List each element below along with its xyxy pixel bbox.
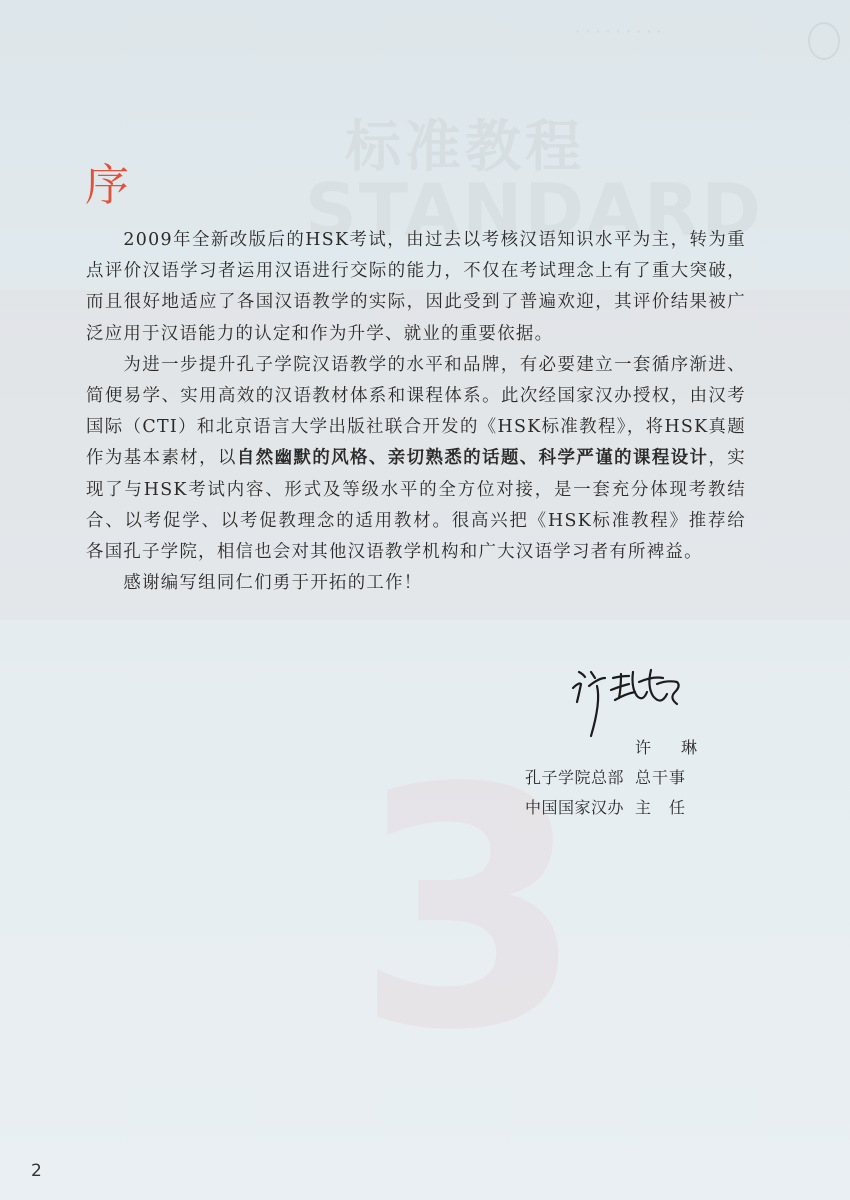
page-number: 2 (31, 1161, 42, 1181)
watermark-series-cn: 标准教程 (345, 103, 585, 183)
signatory-role-2: 中国国家汉办 主 任 (525, 793, 697, 823)
signatory-name: 许 琳 (525, 733, 697, 763)
bleed-through-publisher-text: · · · · · · · · · (575, 22, 661, 41)
bleed-through-logo-icon (808, 22, 840, 60)
signatory-role-1: 孔子学院总部 总干事 (525, 763, 697, 793)
paragraph-1-text: 2009年全新改版后的HSK考试，由过去以考核汉语知识水平为主，转为重点评价汉语… (86, 230, 746, 344)
preface-body: 2009年全新改版后的HSK考试，由过去以考核汉语知识水平为主，转为重点评价汉语… (86, 225, 746, 599)
role-organization: 孔子学院总部 (525, 763, 635, 793)
paragraph-3: 感谢编写组同仁们勇于开拓的工作！ (86, 568, 746, 599)
role-title: 总干事 (635, 763, 686, 793)
paragraph-2: 为进一步提升孔子学院汉语教学的水平和品牌，有必要建立一套循序渐进、简便易学、实用… (86, 350, 746, 568)
signatory-name-first: 许 (635, 733, 651, 763)
paragraph-3-text: 感谢编写组同仁们勇于开拓的工作！ (123, 573, 422, 593)
page-title: 序 (85, 164, 129, 208)
signatory-name-last: 琳 (681, 733, 697, 763)
role-organization: 中国国家汉办 (525, 793, 635, 823)
role-title: 主 任 (635, 793, 686, 823)
signature-block: 许 琳 孔子学院总部 总干事 中国国家汉办 主 任 (525, 733, 697, 823)
paragraph-1: 2009年全新改版后的HSK考试，由过去以考核汉语知识水平为主，转为重点评价汉语… (86, 225, 746, 350)
handwritten-signature (565, 660, 695, 740)
paragraph-2-bold-phrase: 自然幽默的风格、亲切熟悉的话题、科学严谨的课程设计 (237, 448, 709, 468)
